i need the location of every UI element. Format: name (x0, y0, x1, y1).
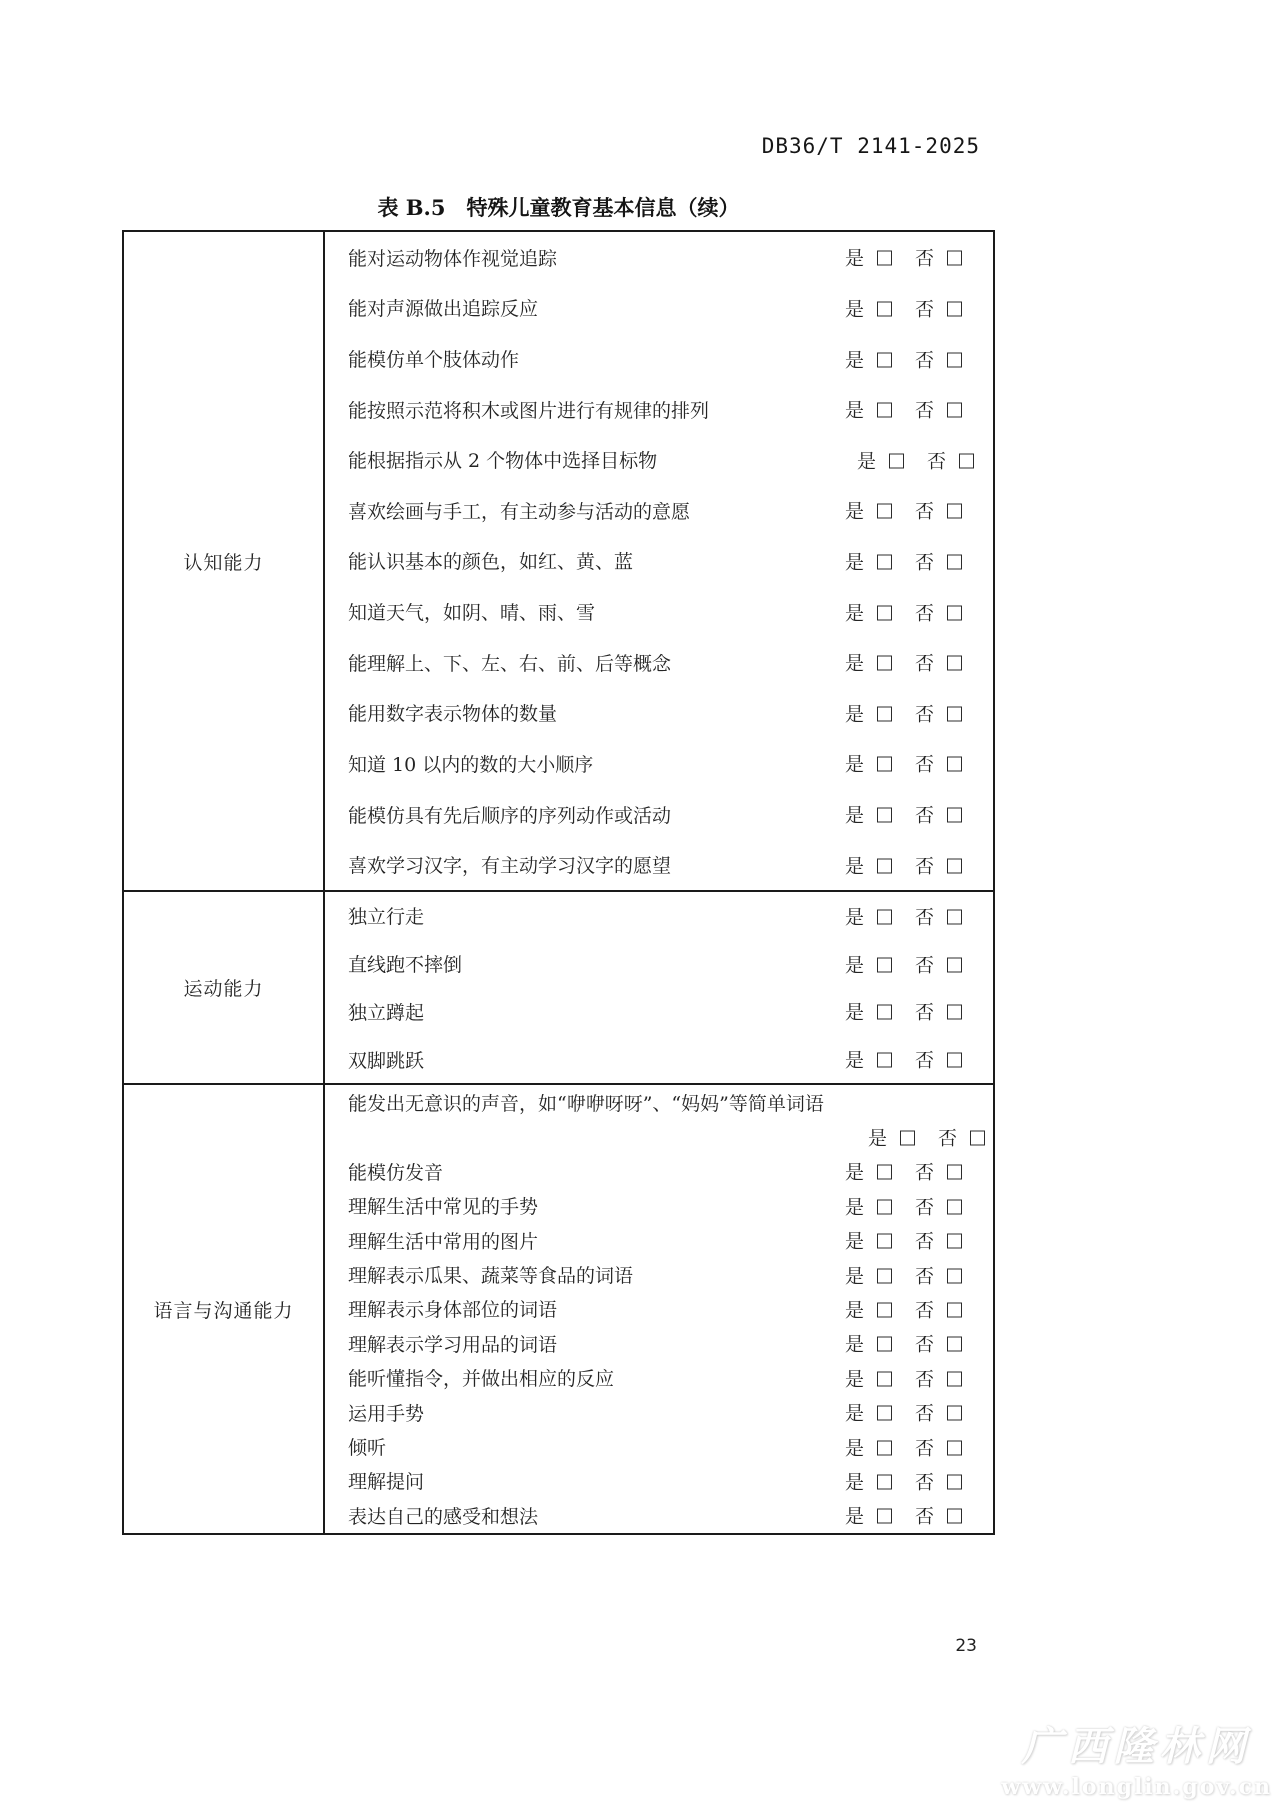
category-cell: 语言与沟通能力 (124, 1085, 325, 1533)
yes-checkbox (877, 757, 892, 772)
no-checkbox (947, 656, 962, 671)
yes-label: 是 (845, 598, 864, 625)
yes-checkbox (877, 1234, 892, 1249)
yes-checkbox (877, 1337, 892, 1352)
assessment-item-text: 能模仿具有先后顺序的序列动作或活动 (325, 801, 671, 828)
category-label: 运动能力 (183, 974, 263, 1001)
yes-no-checkbox-group: 是否 (845, 801, 962, 828)
no-label: 否 (915, 244, 934, 271)
yes-label: 是 (845, 950, 864, 977)
assessment-item-row: 喜欢绘画与手工，有主动参与活动的意愿是否 (325, 485, 993, 536)
yes-label: 是 (845, 1046, 864, 1073)
no-checkbox (947, 301, 962, 316)
assessment-item-text: 运用手势 (325, 1399, 424, 1426)
table-section: 语言与沟通能力能发出无意识的声音，如“咿咿呀呀”、“妈妈”等简单词语是否能模仿发… (124, 1085, 993, 1533)
yes-no-checkbox-group: 是否 (845, 244, 962, 271)
yes-checkbox (877, 504, 892, 519)
yes-no-checkbox-group: 是否 (845, 1399, 962, 1426)
assessment-item-text: 能发出无意识的声音，如“咿咿呀呀”、“妈妈”等简单词语 (325, 1089, 824, 1116)
yes-label: 是 (845, 851, 864, 878)
no-checkbox (947, 1337, 962, 1352)
items-cell: 能发出无意识的声音，如“咿咿呀呀”、“妈妈”等简单词语是否能模仿发音是否理解生活… (325, 1085, 993, 1533)
assessment-item-text: 能按照示范将积木或图片进行有规律的排列 (325, 396, 709, 423)
table-title: 表 B.5 特殊儿童教育基本信息（续） (122, 192, 995, 222)
no-checkbox (947, 352, 962, 367)
yes-no-checkbox-group: 是否 (845, 750, 962, 777)
assessment-item-row: 理解表示身体部位的词语是否 (325, 1292, 993, 1326)
yes-no-checkbox-group: 是否 (845, 902, 962, 929)
assessment-item-text: 能对运动物体作视觉追踪 (325, 244, 557, 271)
yes-checkbox (877, 706, 892, 721)
no-checkbox (947, 1474, 962, 1489)
yes-no-checkbox-group: 是否 (845, 1295, 962, 1322)
yes-checkbox (877, 1509, 892, 1524)
yes-label: 是 (845, 998, 864, 1025)
items-cell: 独立行走是否直线跑不摔倒是否独立蹲起是否双脚跳跃是否 (325, 892, 993, 1083)
yes-label: 是 (845, 750, 864, 777)
assessment-item-row: 直线跑不摔倒是否 (325, 940, 993, 988)
no-label: 否 (915, 598, 934, 625)
standard-code: DB36/T 2141-2025 (762, 134, 980, 158)
no-checkbox (947, 957, 962, 972)
yes-label: 是 (845, 1227, 864, 1254)
no-checkbox (947, 858, 962, 873)
assessment-item-row: 独立蹲起是否 (325, 988, 993, 1036)
yes-no-checkbox-group: 是否 (845, 396, 962, 423)
yes-no-checkbox-group: 是否 (845, 497, 962, 524)
no-label: 否 (915, 547, 934, 574)
assessment-item-row: 理解生活中常用的图片是否 (325, 1223, 993, 1257)
no-checkbox (947, 1440, 962, 1455)
no-label: 否 (915, 1330, 934, 1357)
assessment-item-row: 理解生活中常见的手势是否 (325, 1189, 993, 1223)
yes-no-checkbox-group: 是否 (845, 998, 962, 1025)
yes-label: 是 (845, 902, 864, 929)
yes-label: 是 (845, 1433, 864, 1460)
assessment-item-row: 理解表示瓜果、蔬菜等食品的词语是否 (325, 1257, 993, 1291)
yes-checkbox (877, 251, 892, 266)
yes-no-checkbox-group: 是否 (845, 1467, 962, 1494)
yes-no-checkbox-group: 是否 (845, 649, 962, 676)
category-label: 认知能力 (183, 548, 263, 575)
no-label: 否 (915, 1046, 934, 1073)
assessment-item-text: 倾听 (325, 1433, 386, 1460)
assessment-item-row: 能模仿单个肢体动作是否 (325, 333, 993, 384)
assessment-item-text: 喜欢学习汉字，有主动学习汉字的愿望 (325, 851, 671, 878)
no-checkbox (947, 1268, 962, 1283)
assessment-item-row: 喜欢学习汉字，有主动学习汉字的愿望是否 (325, 839, 993, 890)
assessment-item-row: 理解提问是否 (325, 1464, 993, 1498)
no-checkbox (947, 1234, 962, 1249)
assessment-item-row: 能按照示范将积木或图片进行有规律的排列是否 (325, 384, 993, 435)
no-checkbox (947, 1406, 962, 1421)
yes-label: 是 (845, 547, 864, 574)
yes-label: 是 (845, 801, 864, 828)
assessment-item-row: 运用手势是否 (325, 1395, 993, 1429)
yes-label: 是 (868, 1124, 887, 1151)
no-label: 否 (915, 649, 934, 676)
yes-label: 是 (845, 1467, 864, 1494)
table-section: 运动能力独立行走是否直线跑不摔倒是否独立蹲起是否双脚跳跃是否 (124, 892, 993, 1085)
assessment-item-text: 能模仿发音 (325, 1158, 443, 1185)
assessment-item-text: 直线跑不摔倒 (325, 950, 462, 977)
assessment-item-row: 能根据指示从 2 个物体中选择目标物是否 (325, 434, 993, 485)
assessment-item-text: 独立蹲起 (325, 998, 424, 1025)
yes-label: 是 (845, 649, 864, 676)
category-label: 语言与沟通能力 (153, 1296, 293, 1323)
no-checkbox (947, 909, 962, 924)
no-label: 否 (915, 1227, 934, 1254)
no-checkbox (947, 1005, 962, 1020)
items-cell: 能对运动物体作视觉追踪是否能对声源做出追踪反应是否能模仿单个肢体动作是否能按照示… (325, 232, 993, 890)
document-page: DB36/T 2141-2025 表 B.5 特殊儿童教育基本信息（续） 认知能… (0, 0, 1280, 1810)
no-label: 否 (915, 1192, 934, 1219)
watermark-site-name: 广西隆林网 (1001, 1715, 1272, 1772)
yes-checkbox (877, 957, 892, 972)
yes-checkbox (877, 1371, 892, 1386)
assessment-item-text: 独立行走 (325, 902, 424, 929)
yes-no-checkbox-group: 是否 (845, 598, 962, 625)
no-checkbox (947, 706, 962, 721)
assessment-item-row: 能模仿发音是否 (325, 1154, 993, 1188)
no-label: 否 (915, 851, 934, 878)
yes-label: 是 (845, 497, 864, 524)
yes-checkbox (877, 554, 892, 569)
assessment-item-text: 能对声源做出追踪反应 (325, 294, 538, 321)
yes-checkbox (877, 858, 892, 873)
no-checkbox (947, 808, 962, 823)
yes-checkbox (889, 453, 904, 468)
assessment-item-text: 理解生活中常用的图片 (325, 1227, 538, 1254)
yes-label: 是 (845, 1261, 864, 1288)
assessment-item-row: 能发出无意识的声音，如“咿咿呀呀”、“妈妈”等简单词语 (325, 1085, 993, 1119)
no-label: 否 (915, 750, 934, 777)
assessment-item-row: 能对运动物体作视觉追踪是否 (325, 232, 993, 283)
no-label: 否 (915, 950, 934, 977)
yes-checkbox (877, 605, 892, 620)
assessment-item-row: 倾听是否 (325, 1429, 993, 1463)
assessment-item-row: 能模仿具有先后顺序的序列动作或活动是否 (325, 789, 993, 840)
no-label: 否 (915, 902, 934, 929)
yes-checkbox (877, 403, 892, 418)
yes-no-checkbox-group: 是否 (868, 1124, 985, 1151)
no-checkbox (959, 453, 974, 468)
no-label: 否 (927, 446, 946, 473)
assessment-item-text: 能模仿单个肢体动作 (325, 345, 519, 372)
no-label: 否 (915, 1261, 934, 1288)
assessment-item-text: 理解生活中常见的手势 (325, 1192, 538, 1219)
yes-checkbox (877, 1005, 892, 1020)
category-cell: 运动能力 (124, 892, 325, 1083)
no-checkbox (970, 1131, 985, 1146)
table-section: 认知能力能对运动物体作视觉追踪是否能对声源做出追踪反应是否能模仿单个肢体动作是否… (124, 232, 993, 892)
yes-label: 是 (845, 1295, 864, 1322)
assessment-item-row: 表达自己的感受和想法是否 (325, 1498, 993, 1532)
yes-checkbox (877, 1302, 892, 1317)
page-number: 23 (955, 1636, 977, 1656)
no-checkbox (947, 1053, 962, 1068)
no-checkbox (947, 1302, 962, 1317)
assessment-item-text: 双脚跳跃 (325, 1046, 424, 1073)
yes-no-checkbox-group: 是否 (845, 1364, 962, 1391)
assessment-item-text: 表达自己的感受和想法 (325, 1502, 538, 1529)
yes-no-checkbox-group: 是否 (845, 1192, 962, 1219)
assessment-item-row: 能认识基本的颜色，如红、黄、蓝是否 (325, 536, 993, 587)
assessment-item-text: 喜欢绘画与手工，有主动参与活动的意愿 (325, 497, 690, 524)
yes-no-checkbox-group: 是否 (845, 851, 962, 878)
yes-checkbox (877, 1406, 892, 1421)
no-label: 否 (915, 396, 934, 423)
assessment-item-text: 能认识基本的颜色，如红、黄、蓝 (325, 547, 633, 574)
no-label: 否 (915, 345, 934, 372)
yes-label: 是 (845, 1364, 864, 1391)
assessment-item-row: 独立行走是否 (325, 892, 993, 940)
yes-label: 是 (845, 294, 864, 321)
no-label: 否 (938, 1124, 957, 1151)
assessment-item-row: 理解表示学习用品的词语是否 (325, 1326, 993, 1360)
yes-checkbox (877, 352, 892, 367)
no-label: 否 (915, 699, 934, 726)
assessment-item-text: 理解表示学习用品的词语 (325, 1330, 557, 1357)
no-label: 否 (915, 1399, 934, 1426)
yes-checkbox (877, 1440, 892, 1455)
yes-no-checkbox-group: 是否 (845, 294, 962, 321)
yes-no-checkbox-group: 是否 (845, 547, 962, 574)
assessment-item-text: 能听懂指令，并做出相应的反应 (325, 1364, 614, 1391)
yes-checkbox (877, 301, 892, 316)
no-checkbox (947, 554, 962, 569)
assessment-item-text: 知道天气，如阴、晴、雨、雪 (325, 598, 595, 625)
no-checkbox (947, 1509, 962, 1524)
no-checkbox (947, 1371, 962, 1386)
no-label: 否 (915, 1364, 934, 1391)
no-checkbox (947, 251, 962, 266)
yes-label: 是 (845, 1158, 864, 1185)
yes-no-checkbox-group: 是否 (845, 1433, 962, 1460)
assessment-item-text: 能理解上、下、左、右、前、后等概念 (325, 649, 671, 676)
yes-checkbox (877, 1268, 892, 1283)
assessment-item-row: 能听懂指令，并做出相应的反应是否 (325, 1361, 993, 1395)
assessment-item-text: 理解表示身体部位的词语 (325, 1295, 557, 1322)
no-label: 否 (915, 497, 934, 524)
yes-checkbox (877, 808, 892, 823)
yes-checkbox (877, 1165, 892, 1180)
no-label: 否 (915, 1433, 934, 1460)
yes-label: 是 (845, 396, 864, 423)
yes-no-checkbox-group: 是否 (845, 1046, 962, 1073)
yes-label: 是 (845, 1502, 864, 1529)
yes-checkbox (877, 1199, 892, 1214)
assessment-item-row: 知道 10 以内的数的大小顺序是否 (325, 738, 993, 789)
no-checkbox (947, 1165, 962, 1180)
no-label: 否 (915, 1467, 934, 1494)
no-label: 否 (915, 1158, 934, 1185)
no-label: 否 (915, 294, 934, 321)
category-cell: 认知能力 (124, 232, 325, 890)
no-checkbox (947, 504, 962, 519)
assessment-item-text: 理解表示瓜果、蔬菜等食品的词语 (325, 1261, 633, 1288)
yes-label: 是 (845, 1330, 864, 1357)
yes-label: 是 (845, 699, 864, 726)
watermark-url: www.longlin.gov.cn (1001, 1774, 1272, 1800)
yes-no-checkbox-group: 是否 (845, 699, 962, 726)
yes-no-checkbox-group: 是否 (857, 446, 974, 473)
no-checkbox (947, 1199, 962, 1214)
no-checkbox (947, 605, 962, 620)
no-label: 否 (915, 1502, 934, 1529)
yes-label: 是 (857, 446, 876, 473)
yes-label: 是 (845, 1399, 864, 1426)
yes-label: 是 (845, 1192, 864, 1219)
yes-checkbox (877, 1053, 892, 1068)
assessment-item-text: 知道 10 以内的数的大小顺序 (325, 750, 593, 777)
yes-label: 是 (845, 345, 864, 372)
no-checkbox (947, 757, 962, 772)
yes-checkbox (877, 909, 892, 924)
assessment-item-checkbox-row: 是否 (325, 1120, 993, 1154)
assessment-item-row: 能理解上、下、左、右、前、后等概念是否 (325, 637, 993, 688)
assessment-item-text: 理解提问 (325, 1467, 424, 1494)
assessment-item-row: 双脚跳跃是否 (325, 1035, 993, 1083)
yes-label: 是 (845, 244, 864, 271)
assessment-item-row: 能对声源做出追踪反应是否 (325, 283, 993, 334)
assessment-item-text: 能用数字表示物体的数量 (325, 699, 557, 726)
assessment-table: 认知能力能对运动物体作视觉追踪是否能对声源做出追踪反应是否能模仿单个肢体动作是否… (122, 230, 995, 1535)
no-label: 否 (915, 801, 934, 828)
watermark: 广西隆林网 www.longlin.gov.cn (1001, 1715, 1272, 1800)
yes-no-checkbox-group: 是否 (845, 950, 962, 977)
yes-no-checkbox-group: 是否 (845, 1158, 962, 1185)
yes-no-checkbox-group: 是否 (845, 1330, 962, 1357)
yes-checkbox (877, 1474, 892, 1489)
yes-no-checkbox-group: 是否 (845, 1227, 962, 1254)
assessment-item-row: 知道天气，如阴、晴、雨、雪是否 (325, 586, 993, 637)
no-label: 否 (915, 998, 934, 1025)
no-label: 否 (915, 1295, 934, 1322)
assessment-item-row: 能用数字表示物体的数量是否 (325, 688, 993, 739)
yes-no-checkbox-group: 是否 (845, 1261, 962, 1288)
yes-no-checkbox-group: 是否 (845, 345, 962, 372)
yes-checkbox (877, 656, 892, 671)
yes-checkbox (900, 1131, 915, 1146)
yes-no-checkbox-group: 是否 (845, 1502, 962, 1529)
no-checkbox (947, 403, 962, 418)
assessment-item-text: 能根据指示从 2 个物体中选择目标物 (325, 446, 657, 473)
